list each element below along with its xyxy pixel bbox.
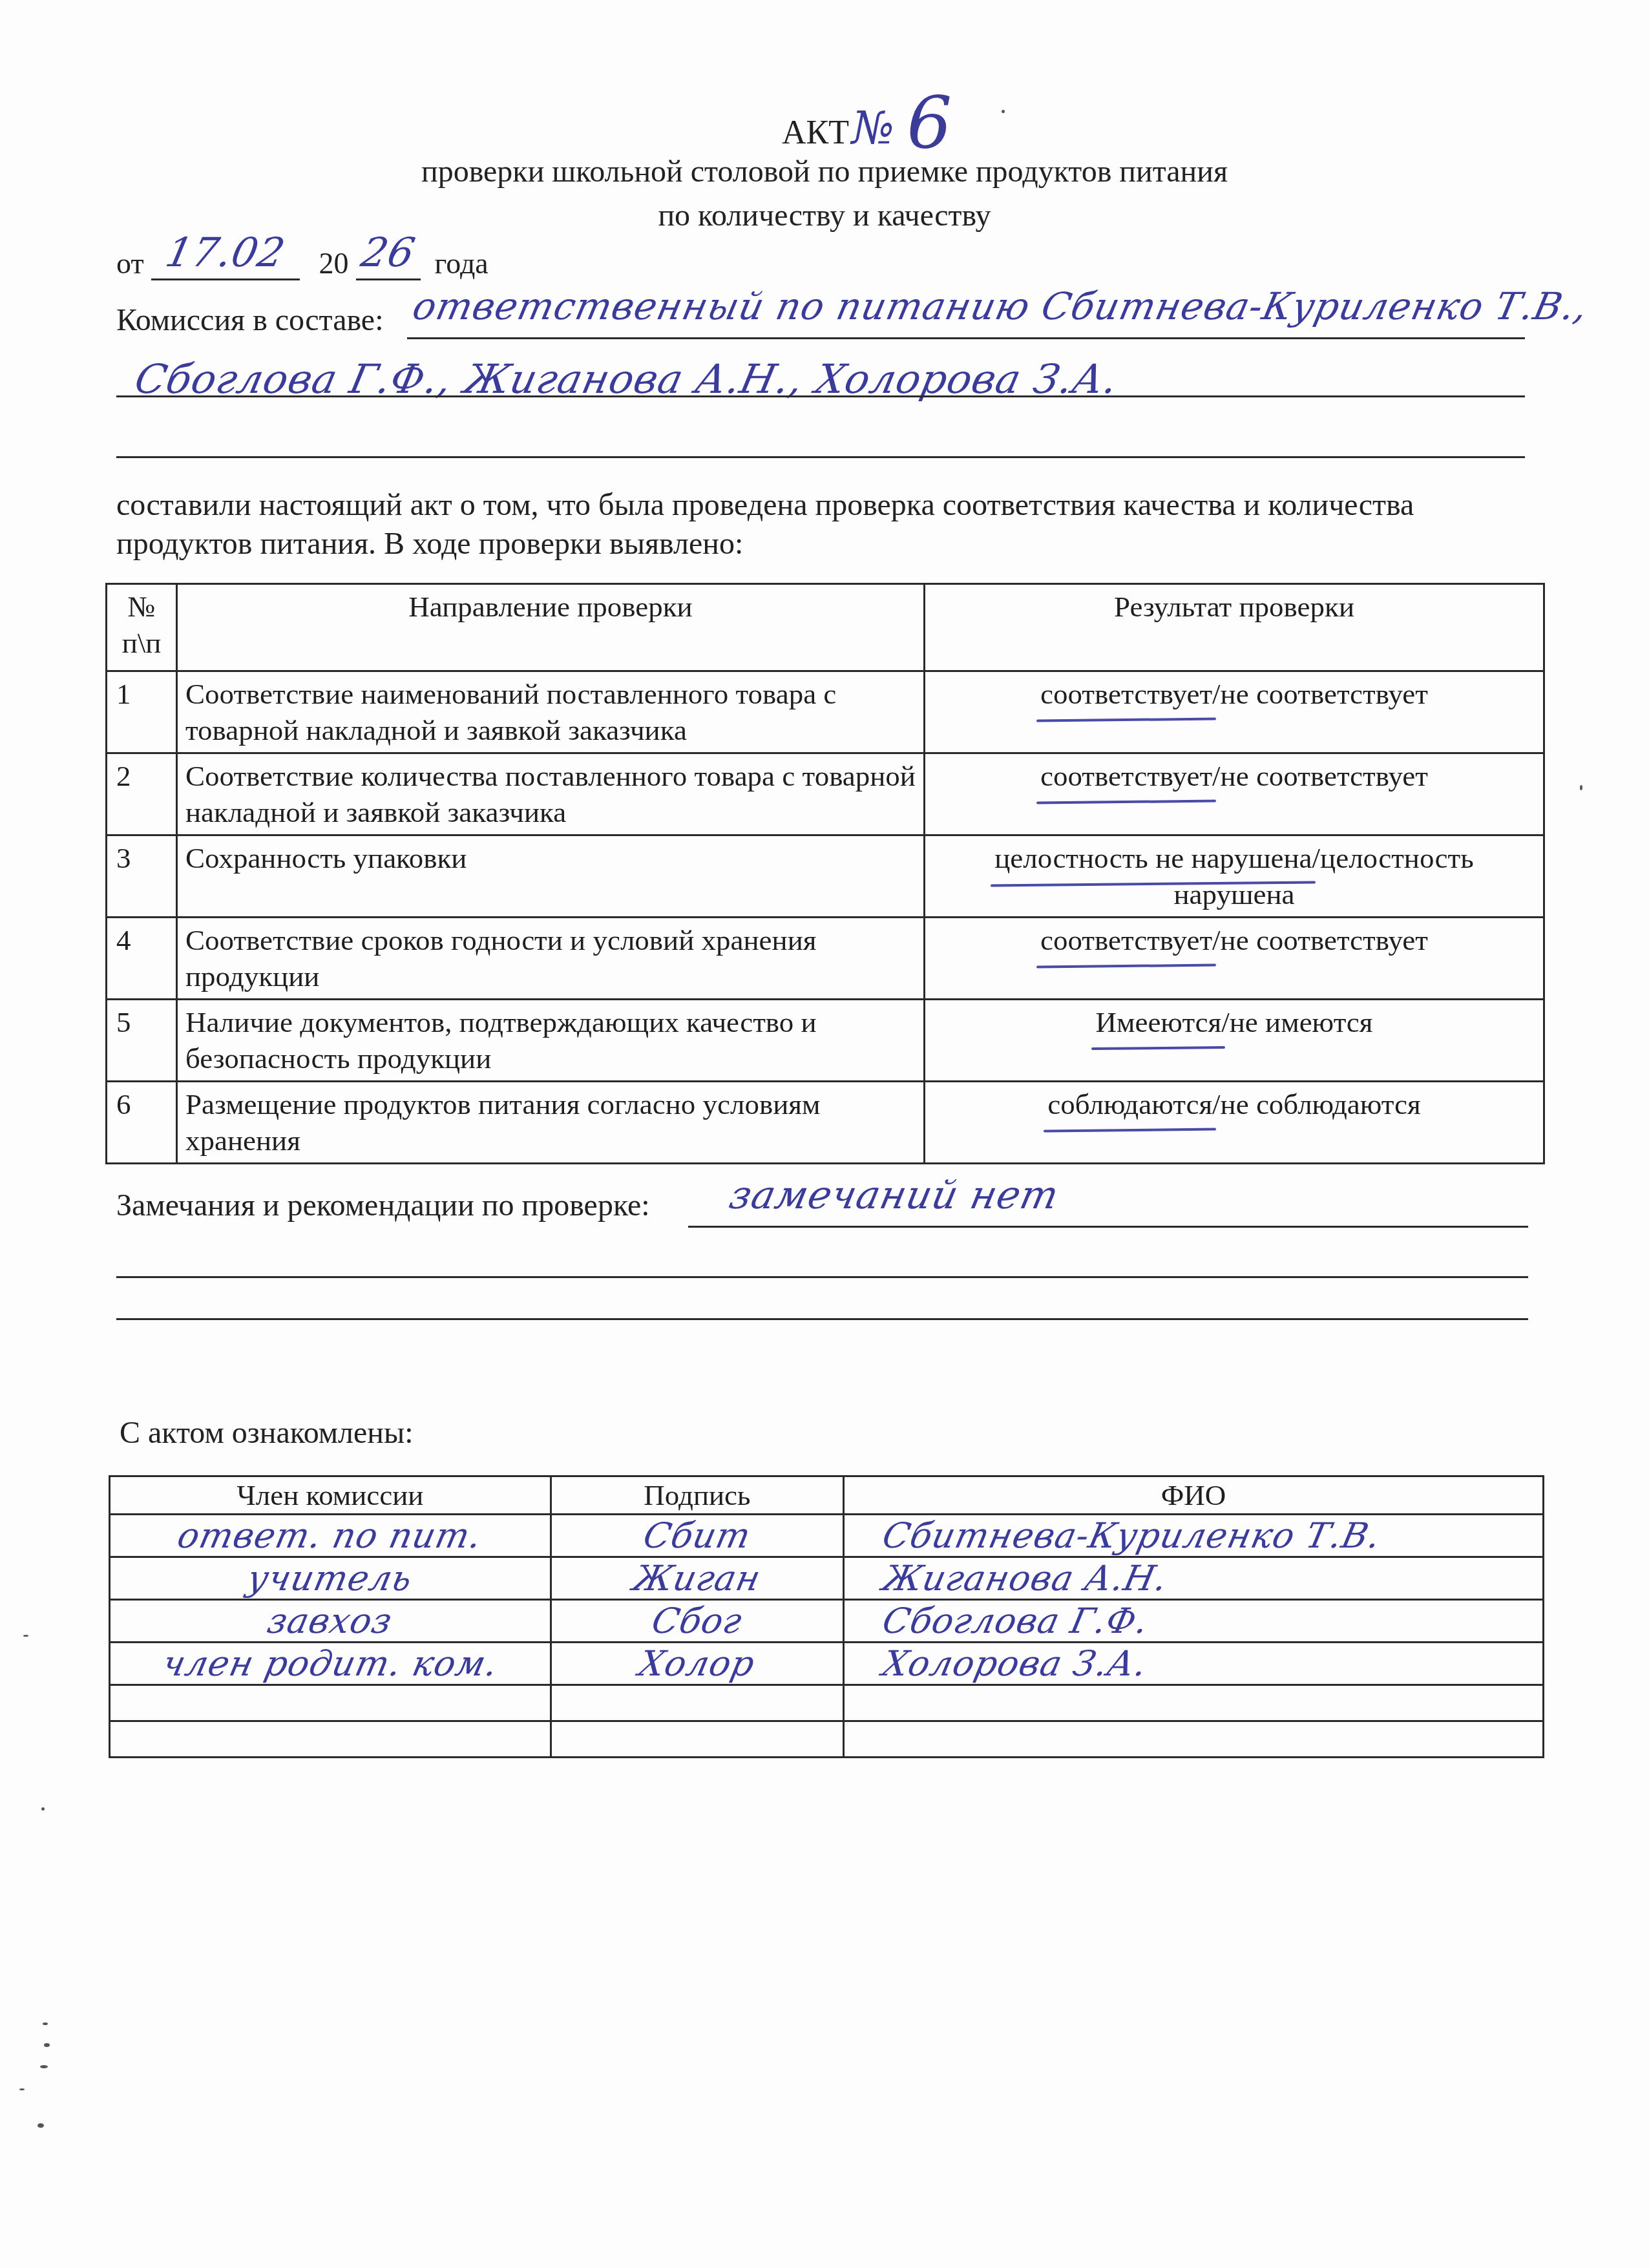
member-name: Холорова З.А. — [879, 1643, 1151, 1684]
check-result-other-option[interactable]: /не соответствует — [1212, 924, 1428, 956]
check-direction: Соответствие сроков годности и условий х… — [177, 918, 925, 1000]
signatures-table-header: Член комиссии Подпись ФИО — [110, 1476, 1544, 1515]
check-direction: Соответствие наименований поставленного … — [177, 671, 925, 753]
commission-members-line-1[interactable]: ответственный по питанию Сбитнева-Куриле… — [409, 284, 1592, 328]
header-name: ФИО — [844, 1476, 1544, 1515]
intro-paragraph: составили настоящий акт о том, что была … — [116, 486, 1551, 563]
check-result[interactable]: целостность не нарушена/целостность нару… — [925, 835, 1544, 918]
header-member: Член комиссии — [110, 1476, 551, 1515]
signatures-table-row — [110, 1685, 1544, 1721]
remarks-label: Замечания и рекомендации по проверке: — [116, 1188, 650, 1223]
check-result-selected-option[interactable]: целостность не нарушена — [994, 840, 1312, 876]
signature-cell[interactable]: Сбит — [551, 1515, 844, 1557]
member-role: завхоз — [264, 1601, 397, 1641]
member-name-cell[interactable]: Холорова З.А. — [844, 1643, 1544, 1685]
signature: Холор — [636, 1643, 759, 1684]
date-century: 20 — [319, 247, 349, 280]
checks-table-row: 2Соответствие количества поставленного т… — [107, 753, 1544, 835]
scanned-act-page: АКТ № 6 проверки школьной столовой по пр… — [0, 0, 1649, 2268]
act-number: 6 — [907, 81, 952, 164]
check-result[interactable]: соответствует/не соответствует — [925, 918, 1544, 1000]
member-role-cell[interactable] — [110, 1685, 551, 1721]
signature: Сбог — [648, 1601, 746, 1641]
check-result-other-option[interactable]: /не соответствует — [1212, 760, 1428, 792]
signatures-table-row: член родит. ком.ХолорХолорова З.А. — [110, 1643, 1544, 1685]
check-num: 5 — [107, 1000, 177, 1082]
scan-speck — [37, 2123, 44, 2128]
header-signature: Подпись — [551, 1476, 844, 1515]
check-num: 6 — [107, 1082, 177, 1164]
member-name-cell[interactable] — [844, 1721, 1544, 1758]
check-result-selected-option[interactable]: соблюдаются — [1047, 1086, 1212, 1122]
checks-table-row: 5Наличие документов, подтверждающих каче… — [107, 1000, 1544, 1082]
checks-table-row: 6Размещение продуктов питания согласно у… — [107, 1082, 1544, 1164]
header-direction: Направление проверки — [177, 584, 925, 671]
check-result[interactable]: соответствует/не соответствует — [925, 753, 1544, 835]
title-label: АКТ — [782, 114, 849, 151]
signature-cell[interactable]: Жиган — [551, 1557, 844, 1600]
member-name-cell[interactable]: Сбоглова Г.Ф. — [844, 1600, 1544, 1643]
checks-table: № п\п Направление проверки Результат про… — [105, 583, 1545, 1164]
check-result-other-option[interactable]: /не имеются — [1221, 1006, 1372, 1038]
scan-speck — [23, 1635, 28, 1637]
scan-speck — [1002, 110, 1005, 113]
check-result-selected-option[interactable]: соответствует — [1040, 676, 1212, 712]
scan-speck — [43, 2022, 48, 2025]
commission-label: Комиссия в составе: — [116, 302, 384, 338]
header-result: Результат проверки — [925, 584, 1544, 671]
date-suffix: года — [435, 247, 488, 280]
check-num: 4 — [107, 918, 177, 1000]
member-name-cell[interactable]: Жиганова А.Н. — [844, 1557, 1544, 1600]
remarks-value[interactable]: замечаний нет — [726, 1173, 1064, 1218]
commission-underline-2 — [116, 395, 1525, 397]
signatures-table-row: учительЖиганЖиганова А.Н. — [110, 1557, 1544, 1600]
check-result-other-option[interactable]: /не соответствует — [1212, 678, 1428, 710]
member-role-cell[interactable]: член родит. ком. — [110, 1643, 551, 1685]
signatures-table-row: ответ. по пит.СбитСбитнева-Куриленко Т.В… — [110, 1515, 1544, 1557]
check-direction: Соответствие количества поставленного то… — [177, 753, 925, 835]
check-num: 1 — [107, 671, 177, 753]
signature: Жиган — [630, 1558, 765, 1599]
checks-table-header: № п\п Направление проверки Результат про… — [107, 584, 1544, 671]
commission-underline-3 — [116, 456, 1525, 458]
scan-speck — [44, 2043, 50, 2047]
date-line: от 17.02 20 26 года — [116, 242, 488, 280]
scan-speck — [19, 2088, 25, 2090]
subtitle-line-2: по количеству и качеству — [0, 198, 1649, 233]
checks-table-row: 4Соответствие сроков годности и условий … — [107, 918, 1544, 1000]
check-result-selected-option[interactable]: соответствует — [1040, 922, 1212, 958]
commission-underline-1 — [407, 337, 1525, 339]
check-direction: Размещение продуктов питания согласно ус… — [177, 1082, 925, 1164]
check-result[interactable]: соответствует/не соответствует — [925, 671, 1544, 753]
remarks-underline-2 — [116, 1276, 1528, 1278]
signatures-table-row: завхозСбогСбоглова Г.Ф. — [110, 1600, 1544, 1643]
scan-speck — [40, 2065, 48, 2068]
signature-cell[interactable]: Холор — [551, 1643, 844, 1685]
checks-table-row: 3Сохранность упаковкицелостность не нару… — [107, 835, 1544, 918]
member-name: Сбоглова Г.Ф. — [879, 1601, 1152, 1641]
member-name-cell[interactable] — [844, 1685, 1544, 1721]
check-direction: Наличие документов, подтверждающих качес… — [177, 1000, 925, 1082]
date-year-field[interactable]: 26 — [356, 242, 421, 280]
acknowledged-label: С актом ознакомлены: — [120, 1415, 414, 1451]
member-name-cell[interactable]: Сбитнева-Куриленко Т.В. — [844, 1515, 1544, 1557]
signatures-table-row — [110, 1721, 1544, 1758]
signature-cell[interactable] — [551, 1721, 844, 1758]
member-role-cell[interactable]: завхоз — [110, 1600, 551, 1643]
remarks-underline-3 — [116, 1318, 1528, 1320]
date-year-value: 26 — [351, 229, 426, 276]
member-role-cell[interactable]: учитель — [110, 1557, 551, 1600]
header-num: № п\п — [107, 584, 177, 671]
member-role-cell[interactable] — [110, 1721, 551, 1758]
member-role-cell[interactable]: ответ. по пит. — [110, 1515, 551, 1557]
check-result[interactable]: соблюдаются/не соблюдаются — [925, 1082, 1544, 1164]
check-direction: Сохранность упаковки — [177, 835, 925, 918]
date-day-month-value: 17.02 — [146, 229, 305, 276]
signatures-table: Член комиссии Подпись ФИО ответ. по пит.… — [109, 1475, 1544, 1758]
document-title: АКТ № 6 — [782, 78, 952, 160]
check-result-selected-option[interactable]: соответствует — [1040, 758, 1212, 794]
subtitle-line-1: проверки школьной столовой по приемке пр… — [0, 154, 1649, 189]
member-role: учитель — [244, 1558, 416, 1599]
signature-cell[interactable]: Сбог — [551, 1600, 844, 1643]
member-name: Сбитнева-Куриленко Т.В. — [879, 1515, 1384, 1556]
check-num: 3 — [107, 835, 177, 918]
scan-speck — [41, 1807, 45, 1811]
check-result[interactable]: Имееются/не имеются — [925, 1000, 1544, 1082]
member-name: Жиганова А.Н. — [879, 1558, 1171, 1599]
member-role: член родит. ком. — [159, 1643, 501, 1684]
title-number-sign: № — [852, 101, 895, 154]
scan-speck — [1580, 785, 1582, 790]
check-result-selected-option[interactable]: Имееются — [1095, 1004, 1221, 1040]
member-role: ответ. по пит. — [174, 1515, 486, 1556]
date-prefix: от — [116, 247, 144, 280]
check-result-other-option[interactable]: /не соблюдаются — [1212, 1088, 1421, 1120]
signature-cell[interactable] — [551, 1685, 844, 1721]
remarks-underline-1 — [688, 1226, 1528, 1228]
checks-table-row: 1Соответствие наименований поставленного… — [107, 671, 1544, 753]
date-day-month-field[interactable]: 17.02 — [151, 242, 300, 280]
check-num: 2 — [107, 753, 177, 835]
signature: Сбит — [640, 1515, 755, 1556]
